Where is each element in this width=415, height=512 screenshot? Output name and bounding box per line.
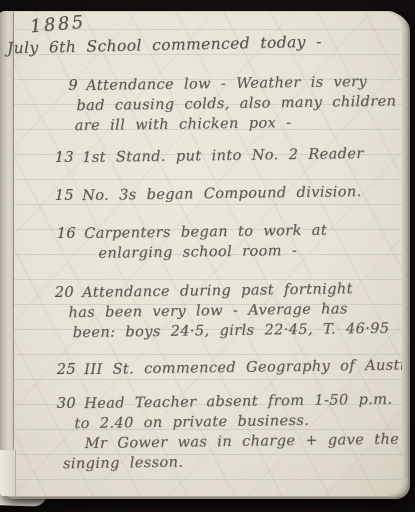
entry-line: singing lesson. — [63, 450, 400, 475]
entry-text: Carpenters began to work at enlarging sc… — [84, 221, 327, 264]
entry-line: are ill with chicken pox - — [75, 112, 397, 136]
photo-backdrop: 1885 July 6th School commenced today - 9… — [0, 0, 415, 512]
entry-day: 16 — [52, 224, 76, 264]
entry-text: 1st Stand. put into No. 2 Reader — [82, 144, 364, 168]
entry-text: Head Teacher absent from 1-50 p.m. to 2.… — [84, 390, 400, 474]
entry-day: 25 — [52, 360, 76, 380]
entry-line: 1st Stand. put into No. 2 Reader — [82, 144, 364, 168]
log-entry: 15 No. 3s began Compound division. — [50, 186, 361, 206]
entry-day: 13 — [50, 148, 74, 168]
logbook-content: 1885 July 6th School commenced today - 9… — [0, 12, 402, 496]
entry-line: enlarging school room - — [98, 241, 327, 264]
log-entry: 16 Carpenters began to work at enlarging… — [52, 224, 327, 264]
log-entry: 25 III St. commenced Geography of Austra… — [52, 360, 402, 380]
log-entry: 20 Attendance during past fortnight has … — [50, 283, 389, 343]
entry-text: III St. commenced Geography of Australia… — [84, 355, 402, 380]
entry-day: 15 — [50, 186, 74, 206]
entry-line: No. 3s began Compound division. — [82, 182, 362, 206]
log-entry: 9 Attendance low - Weather is very bad c… — [54, 76, 396, 136]
entry-line: III St. commenced Geography of Australia… — [84, 355, 402, 380]
entry-text: No. 3s began Compound division. — [82, 182, 362, 206]
log-entry: 30 Head Teacher absent from 1-50 p.m. to… — [52, 394, 398, 474]
entry-line: been: boys 24·5, girls 22·45, T. 46·95 — [73, 319, 390, 343]
date-heading: July 6th School commenced today - — [7, 32, 322, 59]
entry-text: Attendance during past fortnight has bee… — [82, 279, 390, 343]
notebook-page: 1885 July 6th School commenced today - 9… — [0, 12, 402, 496]
log-entry: 13 1st Stand. put into No. 2 Reader — [50, 148, 364, 168]
entry-text: Attendance low - Weather is very bad cau… — [86, 72, 397, 136]
year-heading: 1885 — [29, 13, 86, 38]
